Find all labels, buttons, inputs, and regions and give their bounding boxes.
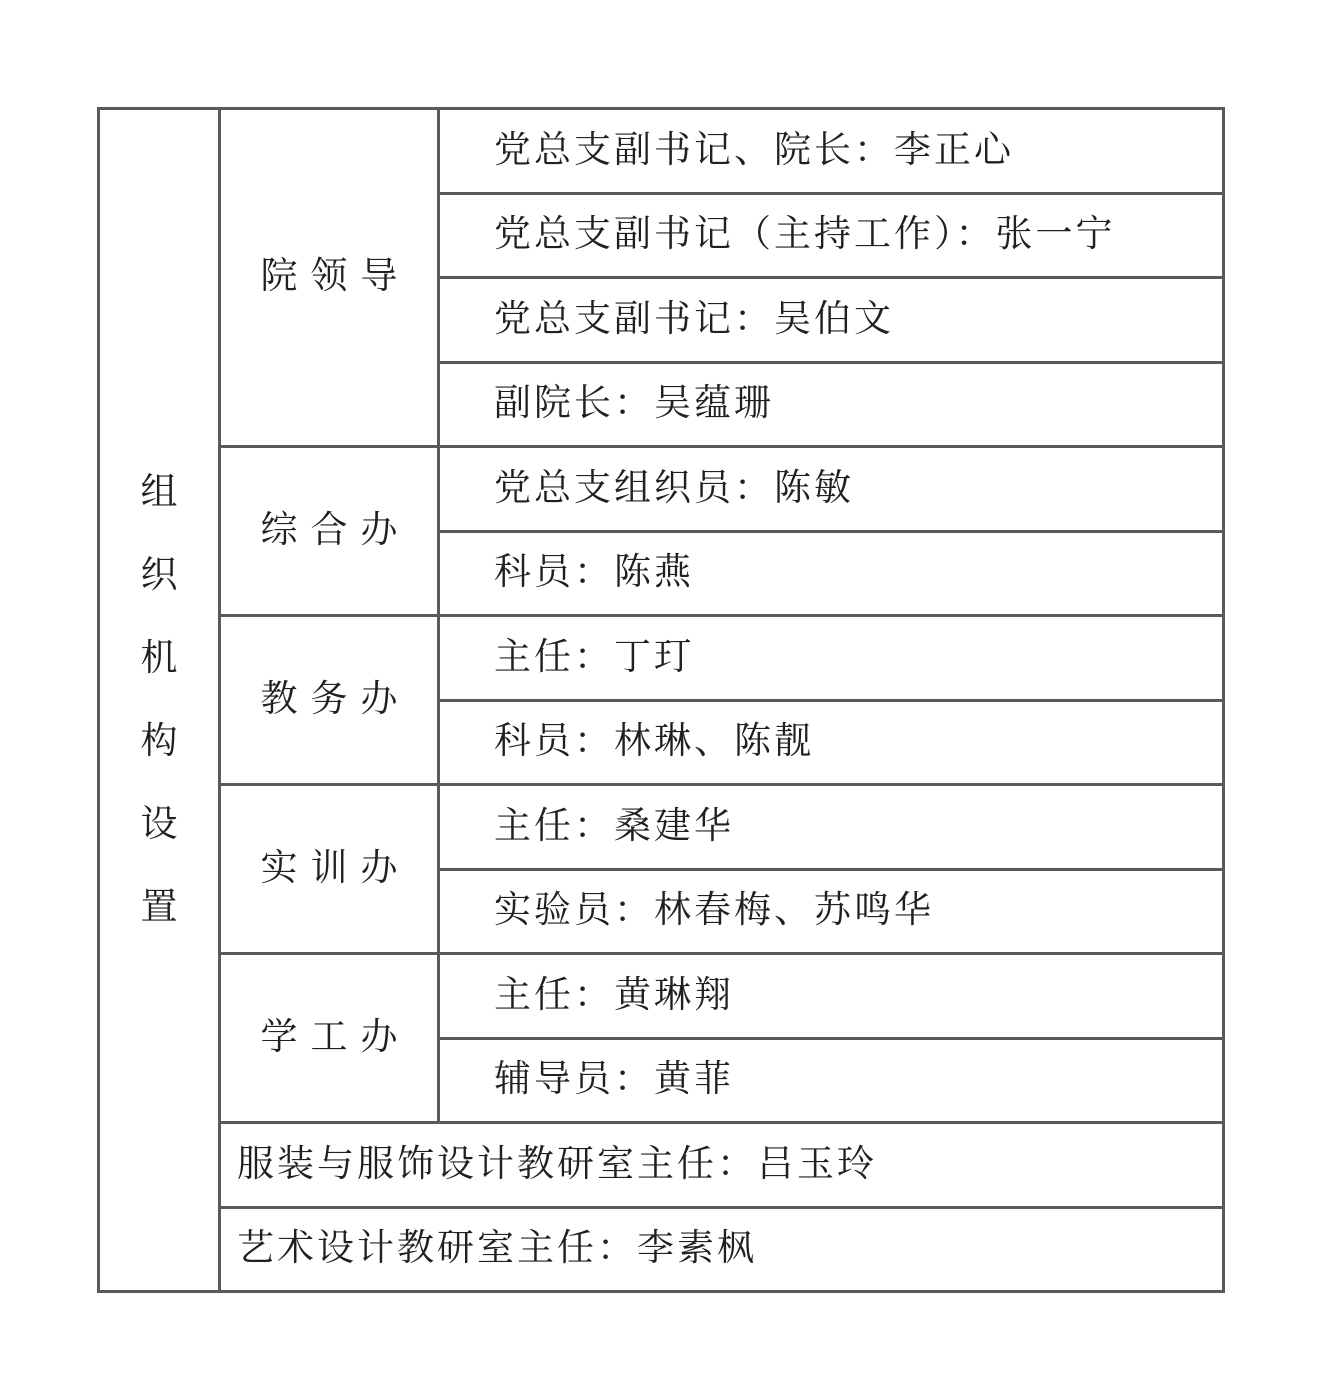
position-cell: 主任：黄琳翔 (439, 954, 1224, 1039)
position-cell: 主任：丁玎 (439, 616, 1224, 701)
org-label-char: 机 (100, 617, 218, 700)
table-row: 教务办 主任：丁玎 (99, 616, 1224, 701)
org-structure-table: 组 织 机 构 设 置 院领导 党总支副书记、院长：李正心 党总支副书记（主持工… (97, 107, 1225, 1293)
dept-cell-academic-office: 教务办 (220, 616, 439, 785)
dept-cell-general-office: 综合办 (220, 447, 439, 616)
position-cell: 实验员：林春梅、苏鸣华 (439, 869, 1224, 954)
position-cell: 党总支副书记（主持工作）：张一宁 (439, 193, 1224, 278)
position-cell: 科员：陈燕 (439, 531, 1224, 616)
teaching-office-row: 艺术设计教研室主任：李素枫 (220, 1207, 1224, 1292)
org-label-char: 织 (100, 534, 218, 617)
table-row: 学工办 主任：黄琳翔 (99, 954, 1224, 1039)
dept-cell-student-office: 学工办 (220, 954, 439, 1123)
org-label-vertical: 组 织 机 构 设 置 (100, 451, 218, 949)
position-cell: 党总支副书记：吴伯文 (439, 278, 1224, 363)
position-cell: 主任：桑建华 (439, 785, 1224, 870)
org-label-char: 设 (100, 783, 218, 866)
document-page: 组 织 机 构 设 置 院领导 党总支副书记、院长：李正心 党总支副书记（主持工… (0, 0, 1335, 1390)
position-cell: 党总支组织员：陈敏 (439, 447, 1224, 532)
table-row: 综合办 党总支组织员：陈敏 (99, 447, 1224, 532)
table-row: 组 织 机 构 设 置 院领导 党总支副书记、院长：李正心 (99, 109, 1224, 194)
position-cell: 副院长：吴蕴珊 (439, 362, 1224, 447)
dept-cell-leadership: 院领导 (220, 109, 439, 447)
org-label-char: 置 (100, 866, 218, 949)
position-cell: 党总支副书记、院长：李正心 (439, 109, 1224, 194)
org-label-cell: 组 织 机 构 设 置 (99, 109, 220, 1292)
org-label-char: 构 (100, 700, 218, 783)
position-cell: 辅导员：黄菲 (439, 1038, 1224, 1123)
position-cell: 科员：林琳、陈靓 (439, 700, 1224, 785)
dept-cell-training-office: 实训办 (220, 785, 439, 954)
table-row: 艺术设计教研室主任：李素枫 (99, 1207, 1224, 1292)
table-row: 实训办 主任：桑建华 (99, 785, 1224, 870)
org-label-char: 组 (100, 451, 218, 534)
table-row: 服装与服饰设计教研室主任：吕玉玲 (99, 1123, 1224, 1208)
teaching-office-row: 服装与服饰设计教研室主任：吕玉玲 (220, 1123, 1224, 1208)
